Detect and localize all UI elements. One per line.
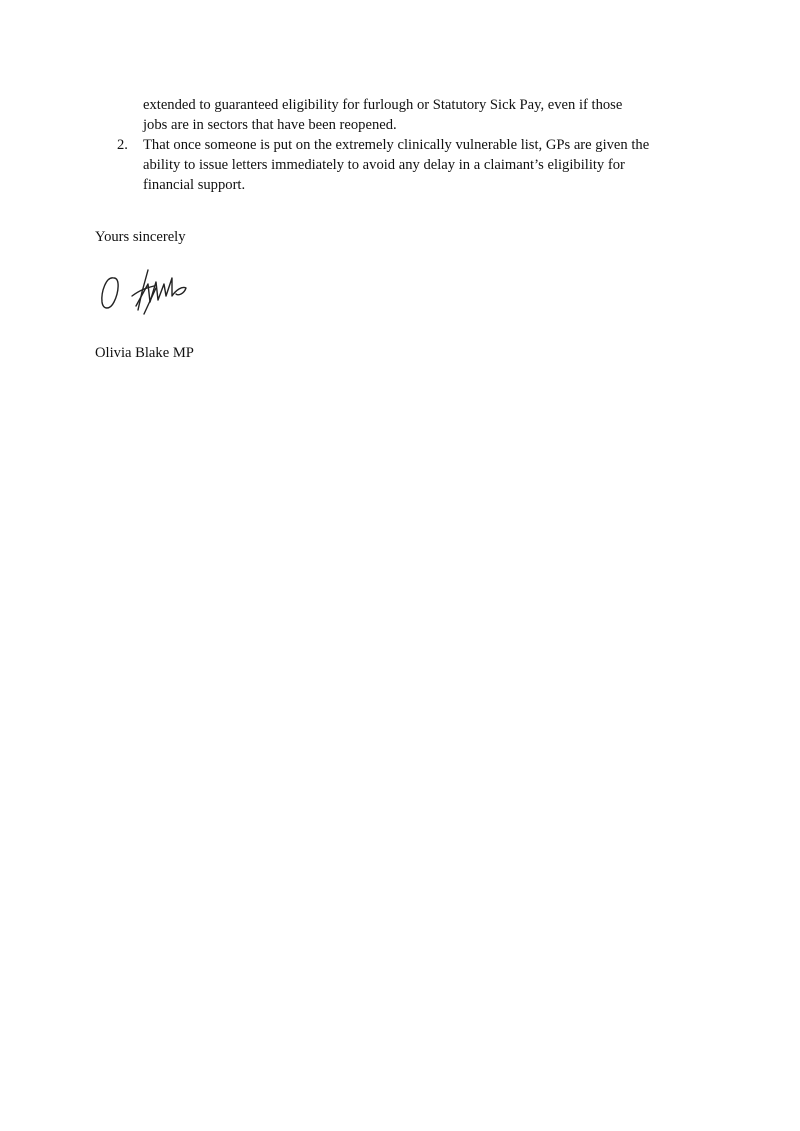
list-item-2-line-1: That once someone is put on the extremel… (143, 135, 649, 155)
list-item-1-line-1: extended to guaranteed eligibility for f… (143, 95, 622, 115)
signature-icon (96, 262, 206, 320)
signatory-name: Olivia Blake MP (95, 343, 194, 363)
list-item-2-marker: 2. (117, 135, 128, 155)
list-item-1-line-2: jobs are in sectors that have been reope… (143, 115, 397, 135)
closing: Yours sincerely (95, 227, 186, 247)
list-item-2-line-2: ability to issue letters immediately to … (143, 155, 625, 175)
list-item-2-line-3: financial support. (143, 175, 245, 195)
